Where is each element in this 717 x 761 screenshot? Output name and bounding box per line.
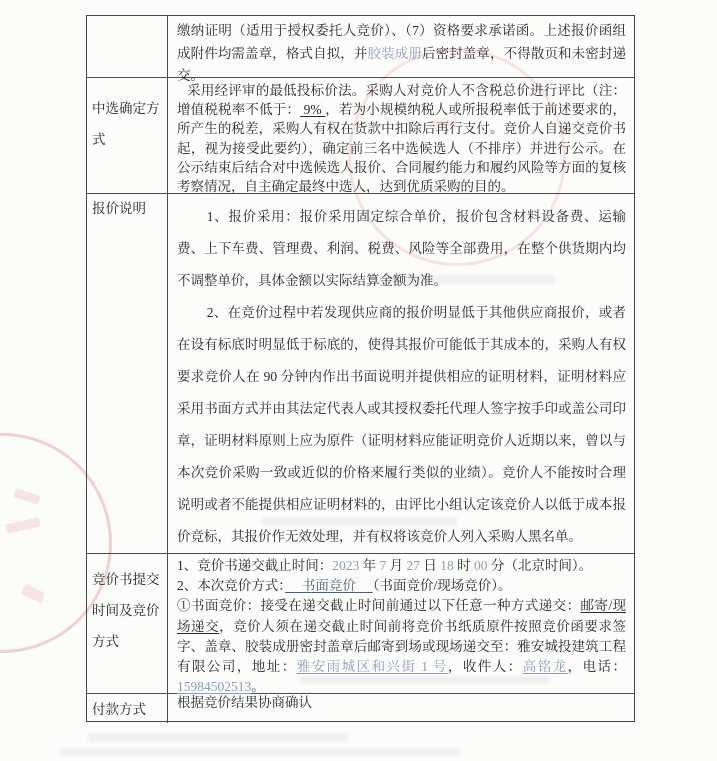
text-segment: 2、本次竞价方式： — [177, 578, 285, 593]
table-row-submission-method: 竞价书提交时间及竞价方式 1、竞价书递交截止时间：2023 年 7 月 27 日… — [87, 554, 634, 694]
paragraph: 2、本次竞价方式： 书面竞价 （书面竞价/现场竞价）。 — [177, 576, 626, 596]
text-segment: 雅安雨城区和兴街 1 号 — [297, 659, 448, 674]
text-segment: 1、报价采用：报价采用固定综合单价，报价包含材料设备费、运输费、上下车费、管理费… — [177, 209, 626, 288]
table-row-selection-method: 中选确定方式 采用经评审的最低投标价法。采购人对竞价人不含税总价进行评比（注：增… — [87, 78, 634, 194]
text-segment: 1、竞价书递交截止时间： — [177, 558, 332, 573]
red-seal-fragment-icon — [5, 518, 40, 534]
text-segment: 18 — [440, 558, 454, 573]
paragraph: ①书面竞价：接受在递交截止时间前通过以下任意一种方式递交：邮寄/现场递交，竞价人… — [177, 596, 626, 697]
text-segment: 高铭龙 — [523, 659, 568, 674]
text-segment: 年 — [359, 558, 379, 573]
row-content: 根据竞价结果协商确认 — [168, 694, 634, 723]
bidding-document-table: 缴纳证明（适用于授权委托人竞价）、（7）资格要求承诺函。上述报价函组成附件均需盖… — [86, 15, 635, 722]
text-segment: 2、在竞价过程中若发现供应商的报价明显低于其他供应商报价，或者在设有标底时明显低… — [177, 305, 626, 544]
text-segment: 。 — [251, 679, 265, 694]
paragraph: 采用经评审的最低投标价法。采购人对竞价人不含税总价进行评比（注：增值税税率不低于… — [177, 81, 626, 196]
text-segment: 月 — [386, 558, 406, 573]
scanned-document-page: 缴纳证明（适用于授权委托人竞价）、（7）资格要求承诺函。上述报价函组成附件均需盖… — [0, 0, 717, 761]
red-seal-fragment-icon — [21, 584, 46, 603]
row-content: 1、报价采用：报价采用固定综合单价，报价包含材料设备费、运输费、上下车费、管理费… — [168, 194, 634, 553]
row-label-payment-method: 付款方式 — [87, 694, 168, 723]
row-content: 采用经评审的最低投标价法。采购人对竞价人不含税总价进行评比（注：增值税税率不低于… — [168, 78, 634, 193]
row-label-quotation-notes: 报价说明 — [87, 194, 168, 553]
bleed-through-text — [88, 733, 348, 742]
row-content: 缴纳证明（适用于授权委托人竞价）、（7）资格要求承诺函。上述报价函组成附件均需盖… — [168, 16, 634, 77]
paragraph: 1、竞价书递交截止时间：2023 年 7 月 27 日 18 时 00 分（北京… — [177, 556, 626, 576]
row-label-empty — [87, 16, 168, 77]
text-segment: 15984502513 — [177, 679, 251, 694]
text-segment: ①书面竞价：接受在递交截止时间前通过以下任意一种方式递交： — [177, 598, 581, 613]
text-segment: 27 — [407, 558, 421, 573]
text-segment: 时 — [454, 558, 474, 573]
paragraph: 1、报价采用：报价采用固定综合单价，报价包含材料设备费、运输费、上下车费、管理费… — [177, 201, 626, 297]
text-segment: ，电话： — [568, 659, 626, 674]
table-row-quotation-notes: 报价说明 1、报价采用：报价采用固定综合单价，报价包含材料设备费、运输费、上下车… — [87, 194, 634, 554]
text-segment: ，收件人： — [448, 659, 523, 674]
table-row-attachment-continuation: 缴纳证明（适用于授权委托人竞价）、（7）资格要求承诺函。上述报价函组成附件均需盖… — [87, 16, 634, 78]
text-segment: 00 — [474, 558, 488, 573]
text-segment: 9% — [300, 102, 325, 117]
text-segment: （书面竞价/现场竞价）。 — [373, 578, 512, 593]
text-segment: 分（北京时间）。 — [488, 558, 593, 573]
row-content: 1、竞价书递交截止时间：2023 年 7 月 27 日 18 时 00 分（北京… — [168, 554, 634, 693]
text-segment: 胶装成册 — [368, 46, 422, 61]
text-segment: 2023 — [332, 558, 359, 573]
row-label-selection-method: 中选确定方式 — [87, 78, 168, 193]
table-row-payment-method: 付款方式 根据竞价结果协商确认 — [87, 694, 634, 723]
paragraph: 2、在竞价过程中若发现供应商的报价明显低于其他供应商报价，或者在设有标底时明显低… — [177, 297, 626, 553]
text-segment: 根据竞价结果协商确认 — [177, 695, 312, 710]
text-segment: 日 — [420, 558, 440, 573]
text-segment: 书面竞价 — [285, 578, 373, 593]
paragraph: 根据竞价结果协商确认 — [177, 695, 626, 710]
row-label-submission-method: 竞价书提交时间及竞价方式 — [87, 554, 168, 693]
red-seal-fragment-icon — [13, 488, 41, 505]
bleed-through-text — [60, 748, 460, 756]
